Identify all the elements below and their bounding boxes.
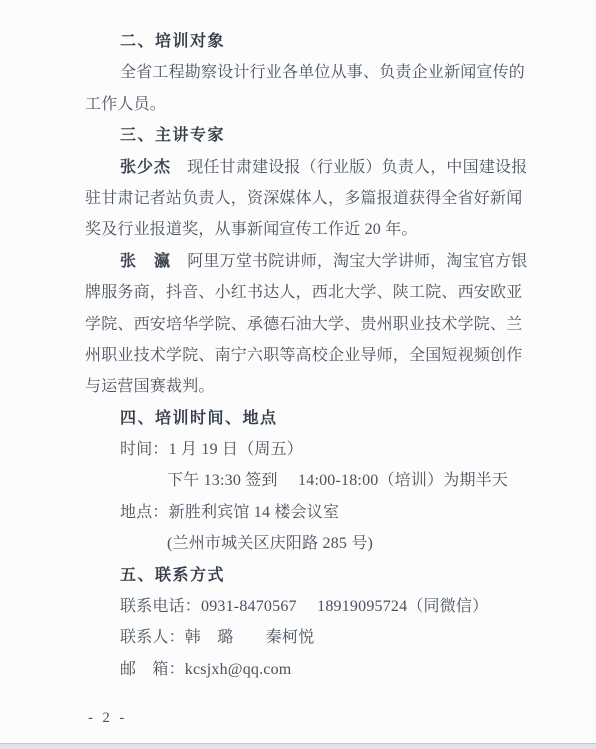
paragraph-line: 工作人员。 [85,89,596,120]
contact-phone-line: 联系电话：0931-8470567 18919095724（同微信） [120,591,596,622]
scan-bottom-edge [0,743,596,749]
paragraph-line: 州职业技术学院、南宁六职等高校企业导师，全国短视频创作 [85,340,596,371]
paragraph-line: 全省工程勘察设计行业各单位从事、负责企业新闻宣传的 [120,57,596,88]
speaker-name-zhangshaojie: 张少杰 [120,159,171,176]
section-heading-training-audience: 二、培训对象 [120,26,596,57]
paragraph-text: 现任甘肃建设报（行业版）负责人，中国建设报 [171,159,527,176]
document-body: 二、培训对象 全省工程勘察设计行业各单位从事、负责企业新闻宣传的 工作人员。 三… [0,26,596,685]
speaker-name-zhangying: 张 瀛 [120,253,171,270]
paragraph-line: 张少杰 现任甘肃建设报（行业版）负责人，中国建设报 [120,152,596,183]
training-location-line: 地点：新胜利宾馆 14 楼会议室 [120,497,596,528]
contact-email-line: 邮 箱：kcsjxh@qq.com [120,654,596,685]
section-heading-time-location: 四、培训时间、地点 [120,403,596,434]
page-number: - 2 - [88,710,127,727]
section-heading-contact: 五、联系方式 [120,560,596,591]
training-time-line: 时间：1 月 19 日（周五） [120,434,596,465]
training-address-line: (兰州市城关区庆阳路 285 号) [167,528,596,559]
paragraph-line: 与运营国赛裁判。 [85,371,596,402]
scanned-document-page: 二、培训对象 全省工程勘察设计行业各单位从事、负责企业新闻宣传的 工作人员。 三… [0,0,596,749]
paragraph-line: 学院、西安培华学院、承德石油大学、贵州职业技术学院、兰 [85,309,596,340]
paragraph-line: 驻甘肃记者站负责人，资深媒体人，多篇报道获得全省好新闻 [85,183,596,214]
contact-person-line: 联系人：韩 璐 秦柯悦 [120,622,596,653]
paragraph-line: 奖及行业报道奖，从事新闻宣传工作近 20 年。 [85,214,596,245]
training-schedule-line: 下午 13:30 签到 14:00-18:00（培训）为期半天 [167,465,596,496]
paragraph-text: 阿里万堂书院讲师，淘宝大学讲师，淘宝官方银 [171,253,527,270]
paragraph-line: 张 瀛 阿里万堂书院讲师，淘宝大学讲师，淘宝官方银 [120,246,596,277]
paragraph-line: 牌服务商，抖音、小红书达人，西北大学、陕工院、西安欧亚 [85,277,596,308]
section-heading-speakers: 三、主讲专家 [120,120,596,151]
